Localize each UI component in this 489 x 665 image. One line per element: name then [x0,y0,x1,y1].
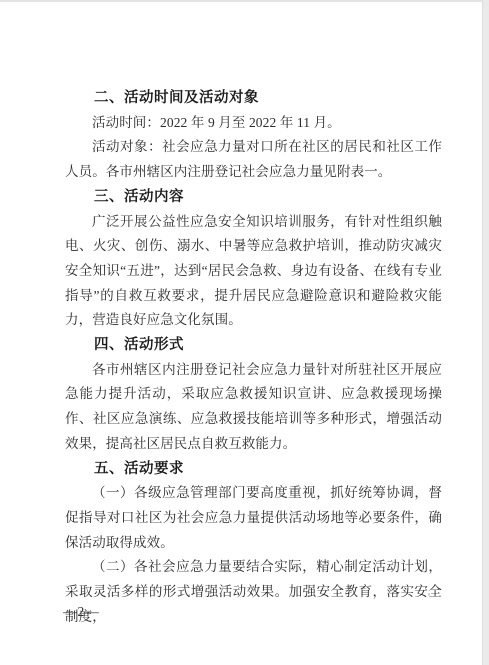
section-heading-activity-requirements: 五、活动要求 [65,457,442,482]
scan-right-edge [482,0,489,665]
section-heading-activity-content: 三、活动内容 [65,185,442,210]
scan-top-edge [0,0,489,2]
section-heading-activity-time-targets: 二、活动时间及活动对象 [65,86,442,111]
paragraph-requirement-1: （一）各级应急管理部门要高度重视，抓好统筹协调，督促指导对口社区为社会应急力量提… [65,481,442,555]
section-heading-activity-format: 四、活动形式 [65,333,442,358]
paragraph-requirement-2: （二）各社会应急力量要结合实际，精心制定活动计划，采取灵活多样的形式增强活动效果… [65,555,442,629]
paragraph-activity-time: 活动时间：2022 年 9 月至 2022 年 11 月。 [65,111,442,136]
paragraph-activity-targets: 活动对象：社会应急力量对口所在社区的居民和社区工作人员。各市州辖区内注册登记社会… [65,135,442,184]
scan-speck [428,593,430,596]
document-body: 二、活动时间及活动对象 活动时间：2022 年 9 月至 2022 年 11 月… [65,86,442,629]
paragraph-activity-format: 各市州辖区内注册登记社会应急力量针对所驻社区开展应急能力提升活动，采取应急救援知… [65,358,442,457]
page-number: —2— [63,604,100,620]
scanned-document-page: 二、活动时间及活动对象 活动时间：2022 年 9 月至 2022 年 11 月… [0,0,489,665]
paragraph-activity-content: 广泛开展公益性应急安全知识培训服务，有针对性组织触电、火灾、创伤、溺水、中暑等应… [65,210,442,334]
